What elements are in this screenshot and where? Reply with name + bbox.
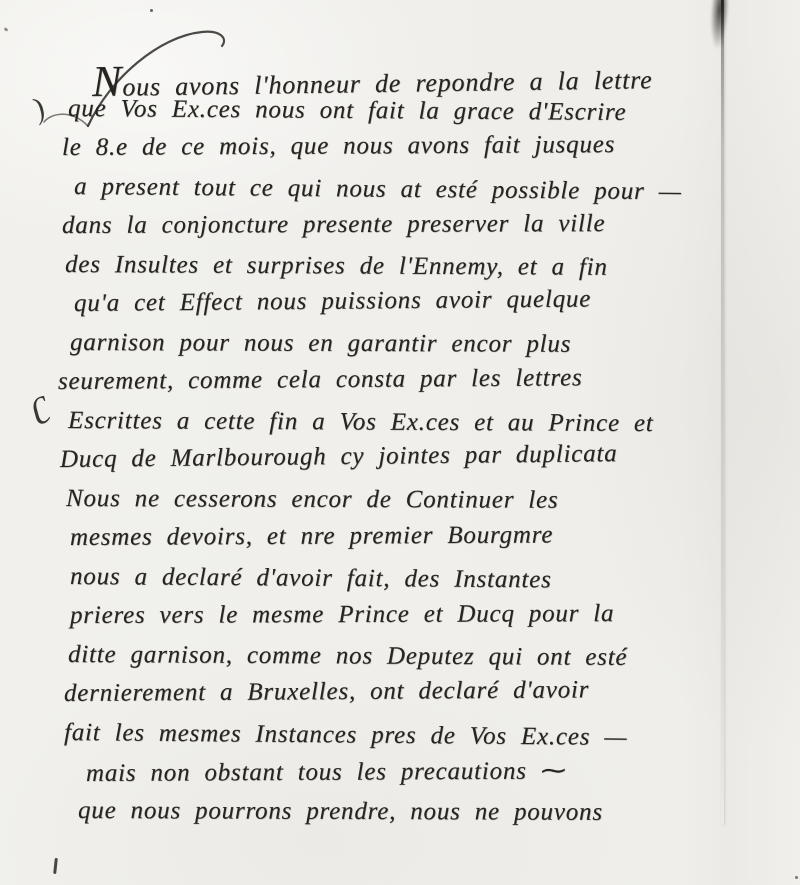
text-line: dans la conjoncture presente preserver l… <box>62 209 800 251</box>
text-line: qu'a cet Effect nous puissions avoir que… <box>74 284 800 329</box>
text-line: mais non obstant tous les precautions ⁓ <box>86 754 800 797</box>
ink-descender-stroke <box>53 858 58 874</box>
ink-speck <box>4 27 9 32</box>
text-line: le 8.e de ce mois, que nous avons fait j… <box>62 130 800 173</box>
page-fold-crease <box>721 0 724 825</box>
text-line: prieres vers le mesme Prince et Ducq pou… <box>70 599 800 641</box>
ink-speck <box>795 876 798 879</box>
manuscript-page: ) ʗ Nous avons l'honneur de repondre a l… <box>0 0 800 885</box>
ink-smudge-top <box>708 0 730 51</box>
ink-speck <box>150 9 153 12</box>
letter-body: Nous avons l'honneur de repondre a la le… <box>0 56 800 836</box>
text-line: mesmes devoirs, et nre premier Bourgmre <box>70 520 800 563</box>
text-line: seurement, comme cela consta par les let… <box>58 363 800 407</box>
text-line: dernierement a Bruxelles, ont declaré d'… <box>64 675 800 719</box>
text-line: que nous pourrons prendre, nous ne pouvo… <box>78 797 800 839</box>
text-line: Ducq de Marlbourough cy jointes par dupl… <box>60 438 800 485</box>
